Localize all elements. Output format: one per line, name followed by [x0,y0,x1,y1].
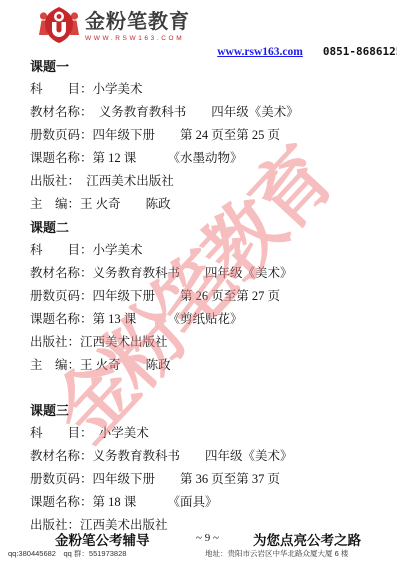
volume-pages-line: 册数页码：四年级下册 第 26 页至第 27 页 [30,285,381,308]
section-2-heading: 课题二 [30,216,381,239]
document-page: 金粉笔教育 WWW.RSW163.COM www.rsw163.com0851-… [0,0,397,583]
footer-address: 地址：贵阳市云岩区中华北路众厦大厦 6 楼 [205,548,348,559]
subject-line: 科 目：小学美术 [30,78,381,101]
website-link[interactable]: www.rsw163.com [217,46,303,58]
page-header: 金粉笔教育 WWW.RSW163.COM www.rsw163.com0851-… [0,0,397,52]
document-content: 课题一 科 目：小学美术 教材名称： 义务教育教科书 四年级《美术》 册数页码：… [30,52,381,537]
footer-page-number: ~ 9 ~ [196,532,219,544]
brand-logo: 金粉笔教育 WWW.RSW163.COM [38,6,190,44]
publisher-line: 出版社： 江西美术出版社 [30,170,381,193]
logo-title: 金粉笔教育 [85,11,190,33]
section-3-heading: 课题三 [30,399,381,422]
footer-brand: 金粉笔公考辅导 [55,529,150,549]
page-footer: 金粉笔公考辅导 ~ 9 ~ 为您点亮公考之路 qq:380445682 qq 群… [0,529,397,569]
people-shield-u-icon [38,6,80,44]
phone-number: 0851-86861255 [323,45,397,58]
lesson-title-line: 课题名称：第 12 课 《水墨动物》 [30,147,381,170]
subject-line: 科 目：小学美术 [30,239,381,262]
header-contact: www.rsw163.com0851-86861255 [200,33,397,70]
logo-text-block: 金粉笔教育 WWW.RSW163.COM [85,6,190,42]
footer-qq-contacts: qq:380445682 qq 群：551973828 [8,548,126,559]
lesson-title-line: 课题名称：第 13 课 《剪纸贴花》 [30,308,381,331]
subject-line: 科 目： 小学美术 [30,422,381,445]
textbook-line: 教材名称： 义务教育教科书 四年级《美术》 [30,101,381,124]
lesson-title-line: 课题名称：第 18 课 《面具》 [30,491,381,514]
volume-pages-line: 册数页码：四年级下册 第 24 页至第 25 页 [30,124,381,147]
editors-line: 主 编：王 火奇 陈政 [30,193,381,216]
textbook-line: 教材名称：义务教育教科书 四年级《美术》 [30,445,381,468]
footer-slogan: 为您点亮公考之路 [253,529,361,549]
logo-subtitle: WWW.RSW163.COM [85,35,190,42]
textbook-line: 教材名称：义务教育教科书 四年级《美术》 [30,262,381,285]
volume-pages-line: 册数页码：四年级下册 第 36 页至第 37 页 [30,468,381,491]
editors-line: 主 编：王 火奇 陈政 [30,354,381,377]
publisher-line: 出版社：江西美术出版社 [30,331,381,354]
